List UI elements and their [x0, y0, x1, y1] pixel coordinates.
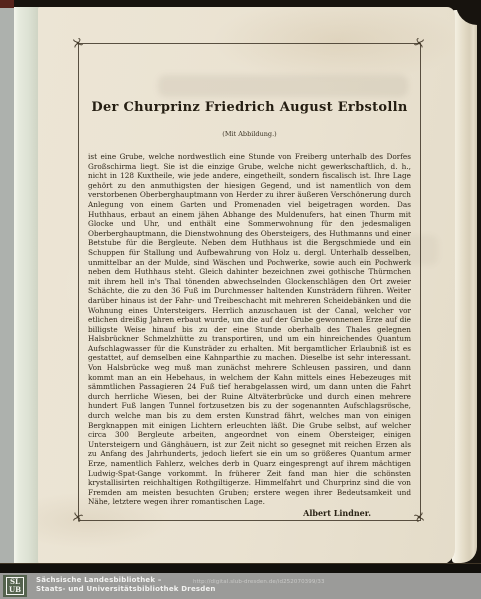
frame-corner-ornament — [71, 510, 85, 524]
slub-watermark-bar: SL UB Sächsische Landesbibliothek – Staa… — [0, 573, 481, 599]
scanned-book-page-view: Der Churprinz Friedrich August Erbstolln… — [0, 0, 481, 599]
scan-left-margin — [0, 8, 14, 566]
frame-corner-ornament — [412, 510, 426, 524]
article-text-column: ist eine Grube, welche nordwestlich eine… — [88, 152, 411, 518]
article-body: ist eine Grube, welche nordwestlich eine… — [88, 152, 411, 507]
author-signature: Albert Lindner. — [88, 508, 411, 518]
library-name: Sächsische Landesbibliothek – Staats- un… — [36, 576, 216, 594]
slub-logo-monogram: SL UB — [6, 577, 24, 595]
frame-corner-ornament — [412, 36, 426, 50]
slub-logo-bottom-letters: UB — [9, 586, 21, 594]
slub-logo: SL UB — [3, 575, 27, 597]
article-title: Der Churprinz Friedrich August Erbstolln — [79, 100, 420, 115]
library-name-line1: Sächsische Landesbibliothek – — [36, 576, 216, 585]
library-name-line2: Staats- und Universitätsbibliothek Dresd… — [36, 585, 216, 594]
right-page-stack — [452, 10, 477, 563]
left-page-edges — [14, 7, 40, 566]
digital-collection-url: http://digital.slub-dresden.de/id2520703… — [193, 579, 325, 585]
frame-corner-ornament — [71, 36, 85, 50]
article-subtitle: (Mit Abbildung.) — [79, 130, 420, 138]
